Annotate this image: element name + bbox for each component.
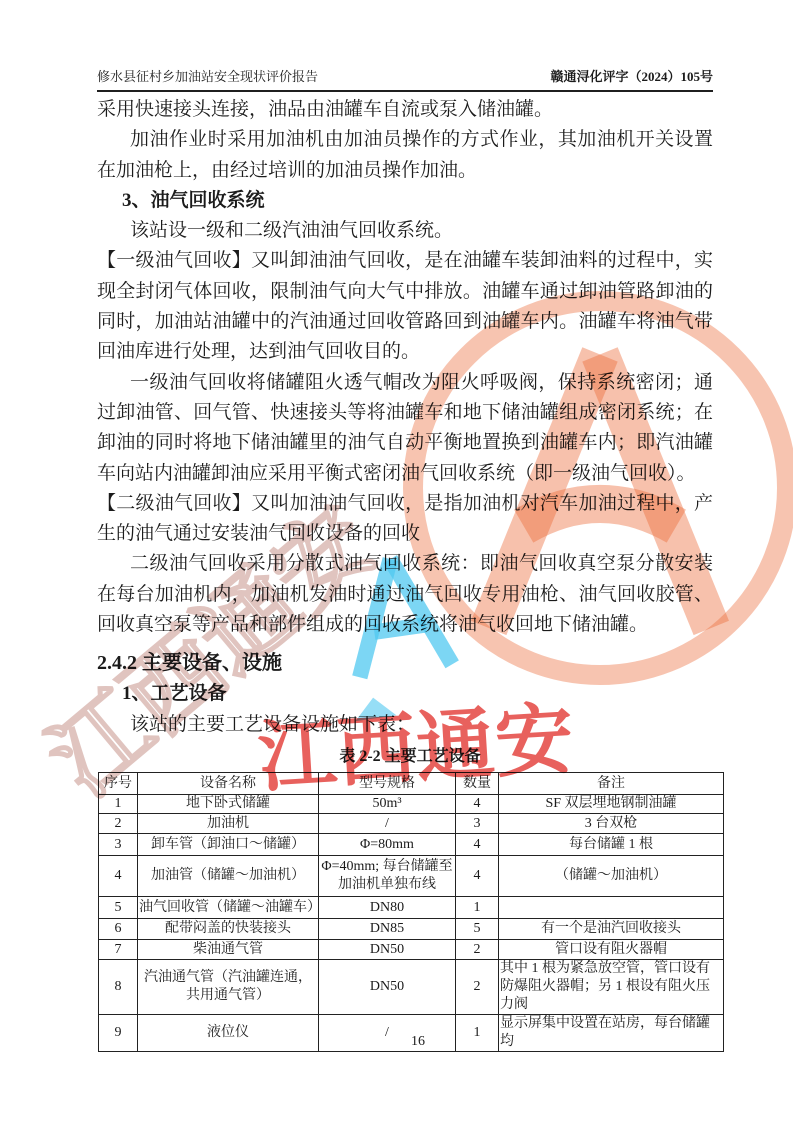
cell-spec: Φ=80mm: [319, 834, 456, 856]
cell-remark: 3 台双枪: [499, 814, 724, 834]
cell-remark: 每台储罐 1 根: [499, 834, 724, 856]
cell-qty: 4: [456, 856, 499, 897]
paragraph: 采用快速接头连接，油品由油罐车自流或泵入储油罐。: [97, 95, 713, 125]
cell-index: 4: [99, 856, 138, 897]
cell-qty: 1: [456, 897, 499, 919]
cell-spec: DN50: [319, 960, 456, 1015]
cell-index: 3: [99, 834, 138, 856]
body-text: 采用快速接头连接，油品由油罐车自流或泵入储油罐。 加油作业时采用加油机由加油员操…: [97, 95, 713, 772]
section-heading-craft-equipment: 1、工艺设备: [122, 679, 713, 709]
paragraph: 该站的主要工艺设备设施如下表：: [97, 710, 713, 740]
cell-qty: 2: [456, 940, 499, 960]
cell-name: 汽油通气管（汽油罐连通，共用通气管）: [138, 960, 319, 1015]
col-header-remark: 备注: [499, 773, 724, 795]
cell-name: 油气回收管（储罐～油罐车）: [138, 897, 319, 919]
document-page: 修水县征村乡加油站安全现状评价报告 赣通浔化评字（2024）105号 采用快速接…: [0, 0, 793, 1122]
cell-spec: /: [319, 814, 456, 834]
section-heading-242: 2.4.2 主要设备、设施: [97, 648, 713, 679]
table-row: 1 地下卧式储罐 50m³ 4 SF 双层埋地钢制油罐: [99, 795, 724, 814]
cell-index: 6: [99, 919, 138, 940]
equipment-table: 序号 设备名称 型号规格 数量 备注 1 地下卧式储罐 50m³ 4 SF 双层…: [98, 772, 724, 1052]
paragraph: 【二级油气回收】又叫加油油气回收，是指加油机对汽车加油过程中，产生的油气通过安装…: [97, 489, 713, 550]
cell-qty: 3: [456, 814, 499, 834]
cell-index: 7: [99, 940, 138, 960]
cell-name: 加油机: [138, 814, 319, 834]
cell-remark: SF 双层埋地钢制油罐: [499, 795, 724, 814]
cell-index: 8: [99, 960, 138, 1015]
cell-spec: DN50: [319, 940, 456, 960]
table-row: 8 汽油通气管（汽油罐连通，共用通气管） DN50 2 其中 1 根为紧急放空管…: [99, 960, 724, 1015]
cell-name: 加油管（储罐～加油机）: [138, 856, 319, 897]
cell-qty: 2: [456, 960, 499, 1015]
col-header-spec: 型号规格: [319, 773, 456, 795]
cell-index: 5: [99, 897, 138, 919]
table-row: 5 油气回收管（储罐～油罐车） DN80 1: [99, 897, 724, 919]
header-report-title: 修水县征村乡加油站安全现状评价报告: [97, 66, 318, 85]
cell-remark: 管口设有阻火器帽: [499, 940, 724, 960]
paragraph: 【一级油气回收】又叫卸油油气回收，是在油罐车装卸油料的过程中，实现全封闭气体回收…: [97, 246, 713, 367]
cell-spec: 50m³: [319, 795, 456, 814]
cell-index: 1: [99, 795, 138, 814]
cell-remark: （储罐～加油机）: [499, 856, 724, 897]
paragraph: 加油作业时采用加油机由加油员操作的方式作业，其加油机开关设置在加油枪上，由经过培…: [97, 125, 713, 186]
cell-spec: Φ=40mm; 每台储罐至加油机单独布线: [319, 856, 456, 897]
cell-spec: DN85: [319, 919, 456, 940]
cell-name: 卸车管（卸油口～储罐）: [138, 834, 319, 856]
col-header-index: 序号: [99, 773, 138, 795]
col-header-name: 设备名称: [138, 773, 319, 795]
paragraph: 二级油气回收采用分散式油气回收系统：即油气回收真空泵分散安装在每台加油机内，加油…: [97, 549, 713, 640]
table-row: 7 柴油通气管 DN50 2 管口设有阻火器帽: [99, 940, 724, 960]
cell-index: 2: [99, 814, 138, 834]
table-header-row: 序号 设备名称 型号规格 数量 备注: [99, 773, 724, 795]
paragraph: 该站设一级和二级汽油油气回收系统。: [97, 216, 713, 246]
table-row: 6 配带闷盖的快装接头 DN85 5 有一个是油汽回收接头: [99, 919, 724, 940]
cell-qty: 4: [456, 834, 499, 856]
cell-name: 配带闷盖的快装接头: [138, 919, 319, 940]
table-row: 4 加油管（储罐～加油机） Φ=40mm; 每台储罐至加油机单独布线 4 （储罐…: [99, 856, 724, 897]
paragraph: 一级油气回收将储罐阻火透气帽改为阻火呼吸阀，保持系统密闭；通过卸油管、回气管、快…: [97, 368, 713, 489]
cell-remark: [499, 897, 724, 919]
cell-name: 地下卧式储罐: [138, 795, 319, 814]
cell-spec: DN80: [319, 897, 456, 919]
section-heading-vapor-recovery: 3、油气回收系统: [122, 186, 713, 216]
table-row: 2 加油机 / 3 3 台双枪: [99, 814, 724, 834]
page-header: 修水县征村乡加油站安全现状评价报告 赣通浔化评字（2024）105号: [97, 66, 713, 92]
col-header-qty: 数量: [456, 773, 499, 795]
header-doc-number: 赣通浔化评字（2024）105号: [550, 66, 713, 85]
cell-remark: 有一个是油汽回收接头: [499, 919, 724, 940]
page-number: 16: [98, 1034, 738, 1050]
cell-name: 柴油通气管: [138, 940, 319, 960]
table-row: 3 卸车管（卸油口～储罐） Φ=80mm 4 每台储罐 1 根: [99, 834, 724, 856]
cell-qty: 4: [456, 795, 499, 814]
cell-remark: 其中 1 根为紧急放空管，管口设有防爆阻火器帽；另 1 根设有阻火压力阀: [499, 960, 724, 1015]
cell-qty: 5: [456, 919, 499, 940]
table-caption: 表 2-2 主要工艺设备: [97, 742, 723, 772]
